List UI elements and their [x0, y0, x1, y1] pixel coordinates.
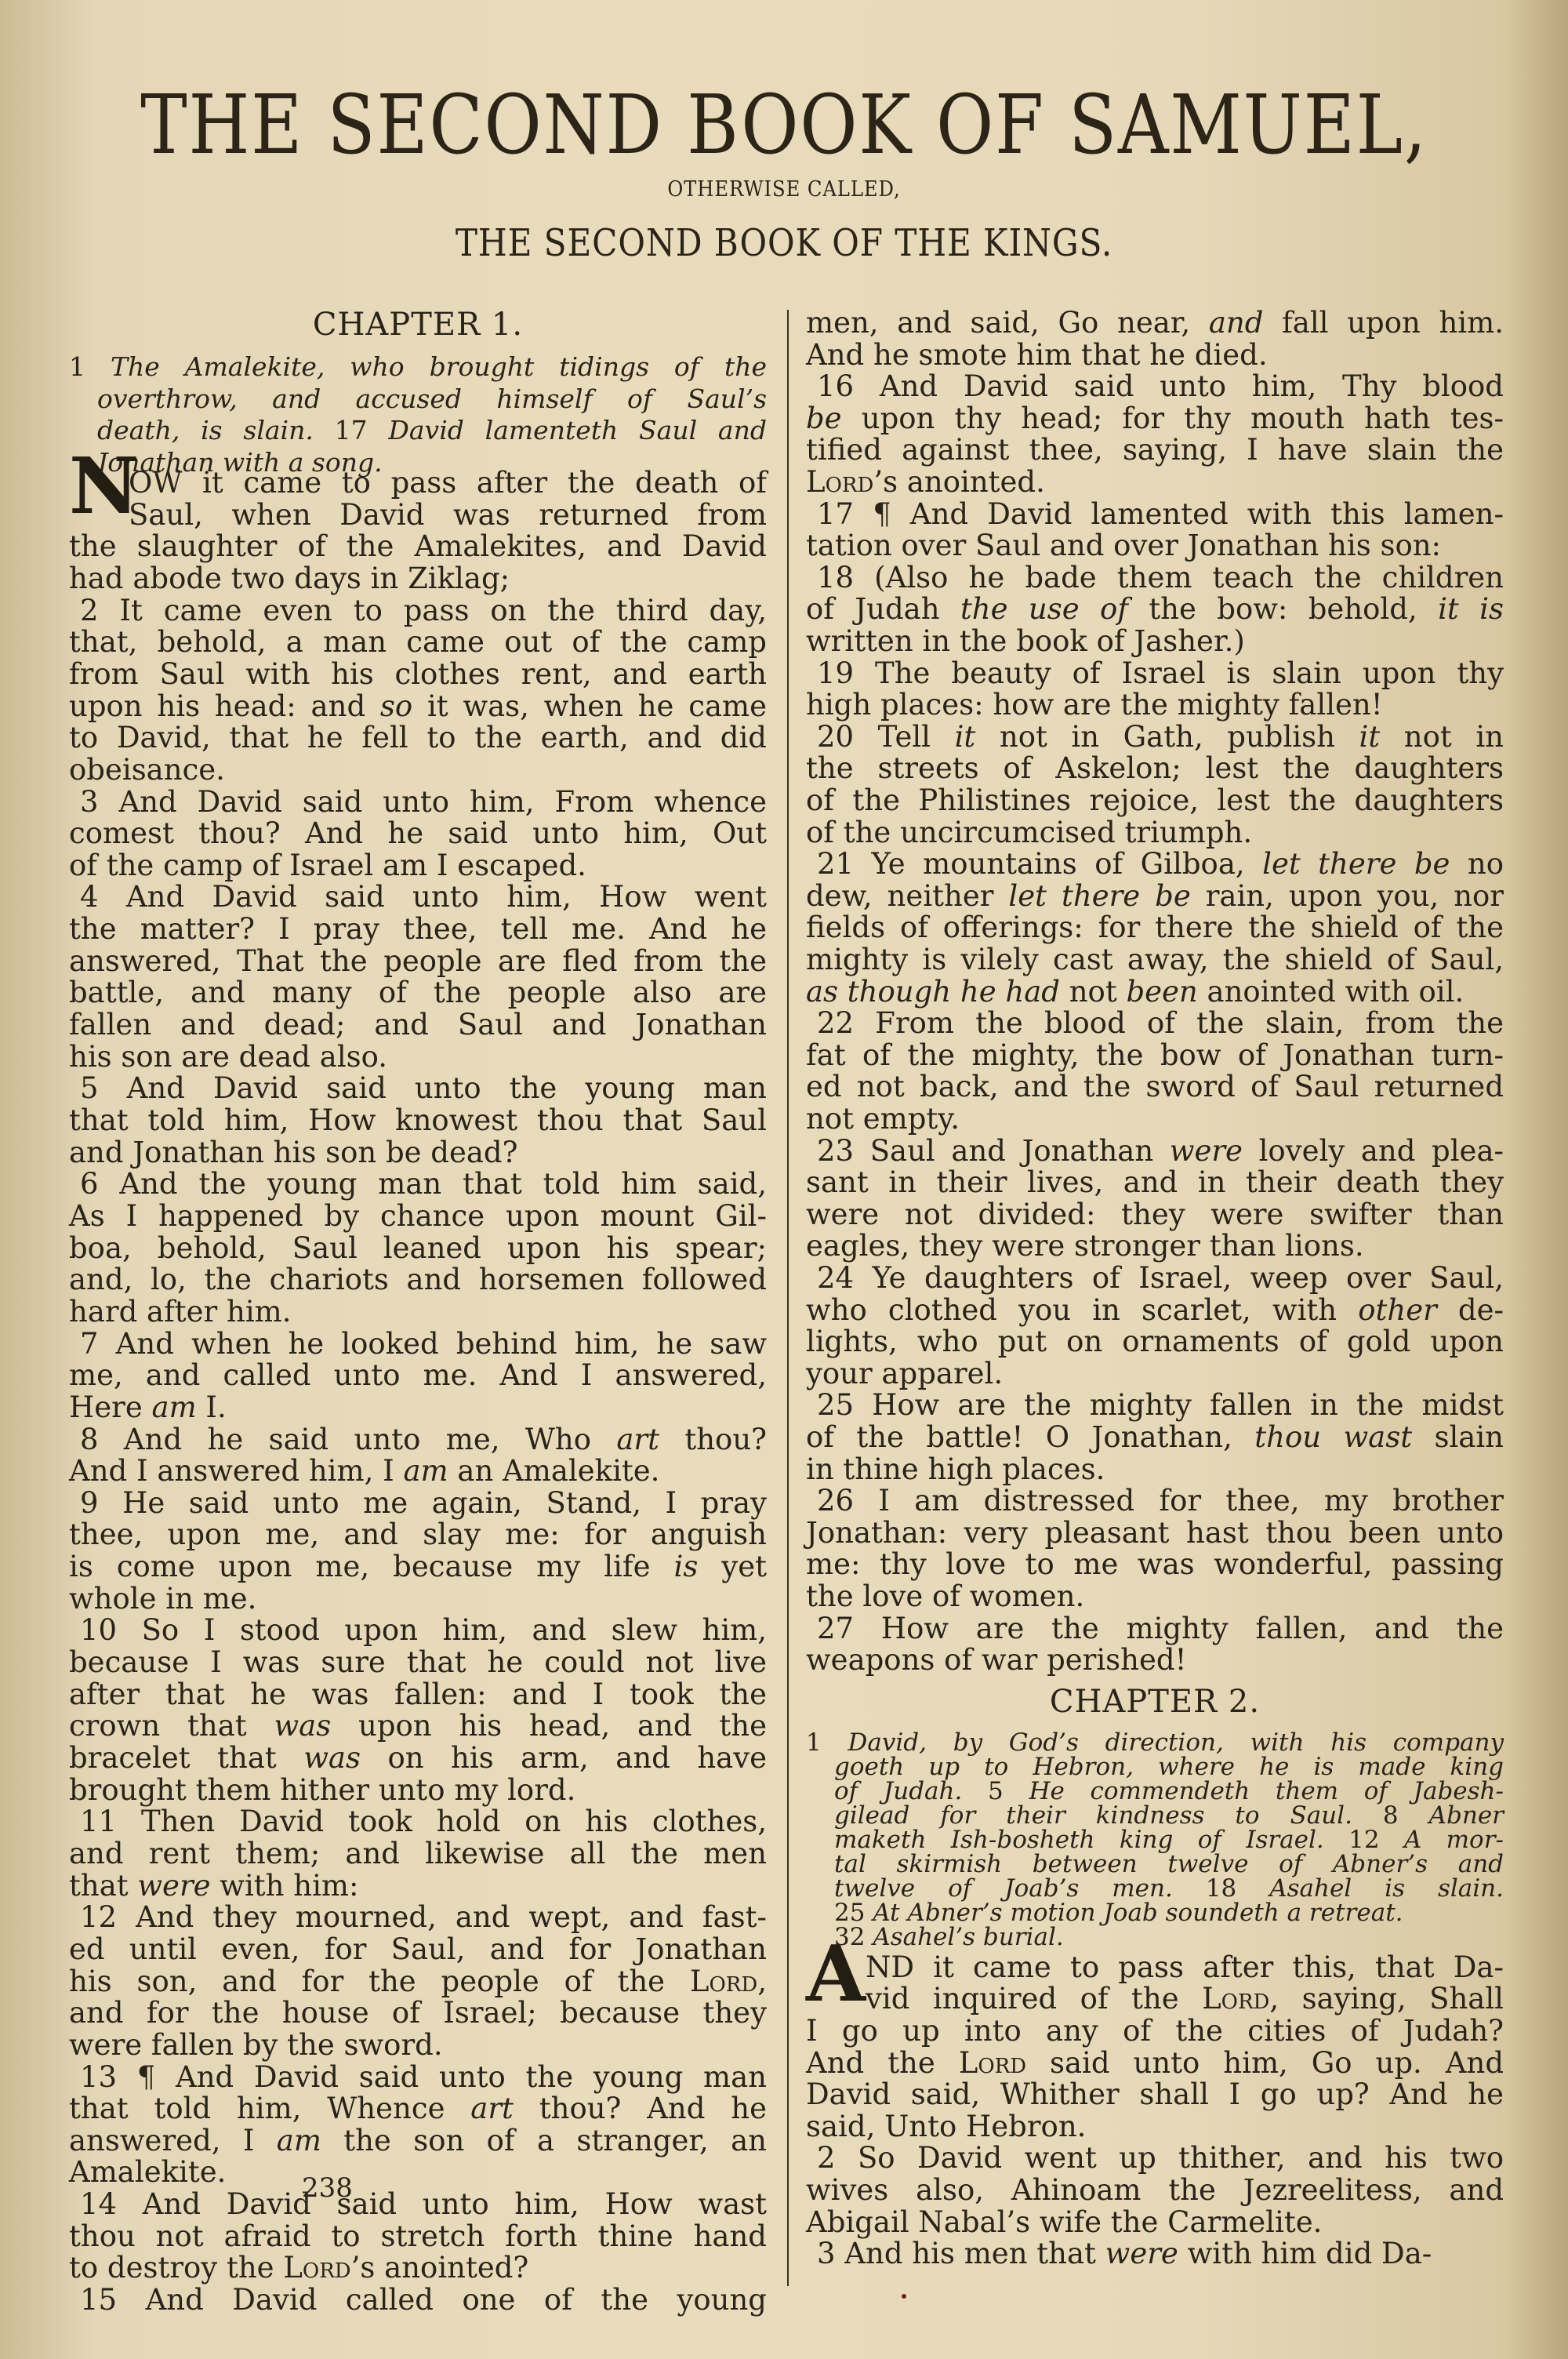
verse-line: wives also, Ahinoam the Jezreelitess, an…	[806, 2175, 1504, 2206]
verse-line: upon his head: and so it was, when he ca…	[69, 691, 767, 722]
verse-line: to destroy the Lord’s anointed?	[69, 2252, 767, 2284]
verse-line: that told him, Whence art thou? And he	[69, 2093, 767, 2125]
verse-line: 3 And his men that were with him did Da-	[806, 2238, 1504, 2270]
verse-line: As I happened by chance upon mount Gil-	[69, 1201, 767, 1232]
verse-line: 7 And when he looked behind him, he saw	[69, 1329, 767, 1360]
summary-line: death, is slain. 17 David lamenteth Saul…	[69, 415, 767, 446]
verse-line: high places: how are the mighty fallen!	[806, 689, 1504, 721]
verse-line: 22 From the blood of the slain, from the	[806, 1008, 1504, 1039]
verse-line: And I answered him, I am an Amalekite.	[69, 1456, 767, 1487]
verse-line: ed until even, for Saul, and for Jonatha…	[69, 1934, 767, 1965]
verse-line: as though he had not been anointed with …	[806, 976, 1504, 1008]
verse-line: Saul, when David was returned from	[69, 500, 767, 531]
verse-line: Jonathan: very pleasant hast thou been u…	[806, 1518, 1504, 1549]
verse-line: fields of offerings: for there the shiel…	[806, 912, 1504, 943]
otherwise-called-label: OTHERWISE CALLED,	[78, 177, 1490, 202]
chapter-2-heading: CHAPTER 2.	[806, 1685, 1504, 1719]
verse-line: from Saul with his clothes rent, and ear…	[69, 659, 767, 690]
verse-line: obeisance.	[69, 754, 767, 786]
verse-line: 24 Ye daughters of Israel, weep over Sau…	[806, 1263, 1504, 1294]
verse-line: is come upon me, because my life is yet	[69, 1551, 767, 1583]
page-number: 238	[302, 2172, 353, 2204]
verse-line: tified against thee, saying, I have slai…	[806, 434, 1504, 466]
verse-line: 15 And David called one of the young	[69, 2284, 767, 2316]
verse-line: and rent them; and likewise all the men	[69, 1838, 767, 1870]
verse-line: 12 And they mourned, and wept, and fast-	[69, 1902, 767, 1933]
verse-line: me, and called unto me. And I answered,	[69, 1360, 767, 1391]
verse-line: his son, and for the people of the Lord,	[69, 1966, 767, 1997]
verse-line: written in the book of Jasher.)	[806, 626, 1504, 657]
verse-line: the love of women.	[806, 1581, 1504, 1612]
verse-line: Abigail Nabal’s wife the Carmelite.	[806, 2207, 1504, 2238]
verse-line: your apparel.	[806, 1358, 1504, 1390]
verse-line: in thine high places.	[806, 1454, 1504, 1485]
verse-line: ed not back, and the sword of Saul retur…	[806, 1071, 1504, 1103]
verse-line: 16 And David said unto him, Thy blood	[806, 371, 1504, 402]
verse-line: hard after him.	[69, 1296, 767, 1328]
verse-line: and for the house of Israel; because the…	[69, 1997, 767, 2029]
alternate-book-title: THE SECOND BOOK OF THE KINGS.	[94, 221, 1474, 265]
verse-line: 18 (Also he bade them teach the children	[806, 562, 1504, 594]
verse-line: ND it came to pass after this, that Da-	[806, 1952, 1504, 1983]
verse-line: of the camp of Israel am I escaped.	[69, 850, 767, 881]
verse-line: 4 And David said unto him, How went	[69, 881, 767, 913]
summary-line: 32 Asahel’s burial.	[806, 1921, 1504, 1953]
verse-line: 27 How are the mighty fallen, and the	[806, 1613, 1504, 1645]
verse-line: 2 It came even to pass on the third day,	[69, 595, 767, 627]
verse-line: weapons of war perished!	[806, 1645, 1504, 1676]
verse-line: OW it came to pass after the death of	[69, 467, 767, 499]
verse-line: 2 So David went up thither, and his two	[806, 2143, 1504, 2174]
verse-line: were fallen by the sword.	[69, 2030, 767, 2061]
verse-line: the matter? I pray thee, tell me. And he	[69, 914, 767, 945]
verse-line: and Jonathan his son be dead?	[69, 1137, 767, 1169]
verse-line: the slaughter of the Amalekites, and Dav…	[69, 531, 767, 562]
verse-line: boa, behold, Saul leaned upon his spear;	[69, 1233, 767, 1264]
verse-line: Amalekite.	[69, 2157, 767, 2188]
verse-line: brought them hither unto my lord.	[69, 1775, 767, 1806]
summary-line: overthrow, and accused himself of Saul’s	[69, 383, 767, 415]
verse-line: 6 And the young man that told him said,	[69, 1169, 767, 1200]
book-title: THE SECOND BOOK OF SAMUEL,	[110, 77, 1458, 173]
verse-line: 8 And he said unto me, Who art thou?	[69, 1424, 767, 1456]
verse-line: eagles, they were stronger than lions.	[806, 1230, 1504, 1262]
verse-line: because I was sure that he could not liv…	[69, 1647, 767, 1678]
verse-line: after that he was fallen: and I took the	[69, 1679, 767, 1710]
verse-line: whole in me.	[69, 1583, 767, 1615]
verse-line: 11 Then David took hold on his clothes,	[69, 1806, 767, 1837]
verse-line: of Judah the use of the bow: behold, it …	[806, 594, 1504, 625]
column-divider	[787, 310, 789, 2286]
verse-line: bracelet that was on his arm, and have	[69, 1743, 767, 1774]
verse-line: sant in their lives, and in their death …	[806, 1167, 1504, 1198]
verse-line: be upon thy head; for thy mouth hath tes…	[806, 403, 1504, 434]
verse-line: of the uncircumcised triumph.	[806, 817, 1504, 849]
verse-line: vid inquired of the Lord, saying, Shall	[806, 1983, 1504, 2015]
verse-line: answered, That the people are fled from …	[69, 946, 767, 977]
verse-line: fat of the mighty, the bow of Jonathan t…	[806, 1040, 1504, 1071]
verse-line: 20 Tell it not in Gath, publish it not i…	[806, 722, 1504, 753]
chapter-1-heading: CHAPTER 1.	[69, 307, 767, 342]
verse-line: that were with him:	[69, 1870, 767, 1902]
verse-line: to David, that he fell to the earth, and…	[69, 722, 767, 754]
verse-line: that told him, How knowest thou that Sau…	[69, 1105, 767, 1136]
verse-line: tation over Saul and over Jonathan his s…	[806, 530, 1504, 562]
verse-line: were not divided: they were swifter than	[806, 1199, 1504, 1230]
verse-line: 3 And David said unto him, From whence	[69, 787, 767, 818]
verse-line: mighty is vilely cast away, the shield o…	[806, 944, 1504, 976]
summary-line: 1 The Amalekite, who brought tidings of …	[69, 351, 767, 383]
verse-line: David said, Whither shall I go up? And h…	[806, 2079, 1504, 2110]
verse-line: of the Philistines rejoice, lest the dau…	[806, 785, 1504, 816]
verse-line: thee, upon me, and slay me: for anguish	[69, 1519, 767, 1550]
verse-line: 23 Saul and Jonathan were lovely and ple…	[806, 1136, 1504, 1167]
verse-line: had abode two days in Ziklag;	[69, 563, 767, 594]
verse-line: I go up into any of the cities of Judah?	[806, 2016, 1504, 2047]
verse-line: that, behold, a man came out of the camp	[69, 627, 767, 658]
verse-line: Here am I.	[69, 1392, 767, 1423]
verse-line: me: thy love to me was wonderful, passin…	[806, 1549, 1504, 1580]
verse-line: and, lo, the chariots and horsemen follo…	[69, 1264, 767, 1296]
verse-line: crown that was upon his head, and the	[69, 1710, 767, 1742]
verse-line: 19 The beauty of Israel is slain upon th…	[806, 658, 1504, 689]
verse-line: 17 ¶ And David lamented with this lamen-	[806, 499, 1504, 530]
verse-line: dew, neither let there be rain, upon you…	[806, 881, 1504, 912]
verse-line: And the Lord said unto him, Go up. And	[806, 2048, 1504, 2079]
bible-page: THE SECOND BOOK OF SAMUEL, OTHERWISE CAL…	[0, 0, 1568, 2359]
verse-line: 26 I am distressed for thee, my brother	[806, 1485, 1504, 1517]
verse-line: 25 How are the mighty fallen in the mids…	[806, 1390, 1504, 1421]
verse-line: 13 ¶ And David said unto the young man	[69, 2062, 767, 2093]
verse-line: battle, and many of the people also are	[69, 977, 767, 1009]
ink-speck	[902, 2294, 906, 2299]
verse-line: comest thou? And he said unto him, Out	[69, 818, 767, 849]
verse-line: of the battle! O Jonathan, thou wast sla…	[806, 1422, 1504, 1453]
verse-line: Lord’s anointed.	[806, 467, 1504, 498]
verse-line: answered, I am the son of a stranger, an	[69, 2125, 767, 2157]
verse-line: 10 So I stood upon him, and slew him,	[69, 1615, 767, 1646]
verse-line: 9 He said unto me again, Stand, I pray	[69, 1488, 767, 1519]
verse-line: 5 And David said unto the young man	[69, 1073, 767, 1104]
verse-line: lights, who put on ornaments of gold upo…	[806, 1326, 1504, 1358]
verse-line: men, and said, Go near, and fall upon hi…	[806, 307, 1504, 339]
verse-line: 14 And David said unto him, How wast	[69, 2189, 767, 2220]
verse-line: fallen and dead; and Saul and Jonathan	[69, 1009, 767, 1041]
verse-line: the streets of Askelon; lest the daughte…	[806, 753, 1504, 784]
verse-line: said, Unto Hebron.	[806, 2111, 1504, 2143]
verse-line: 21 Ye mountains of Gilboa, let there be …	[806, 849, 1504, 880]
verse-line: thou not afraid to stretch forth thine h…	[69, 2221, 767, 2252]
verse-line: And he smote him that he died.	[806, 340, 1504, 371]
verse-line: who clothed you in scarlet, with other d…	[806, 1295, 1504, 1326]
verse-line: his son are dead also.	[69, 1041, 767, 1073]
verse-line: not empty.	[806, 1103, 1504, 1135]
